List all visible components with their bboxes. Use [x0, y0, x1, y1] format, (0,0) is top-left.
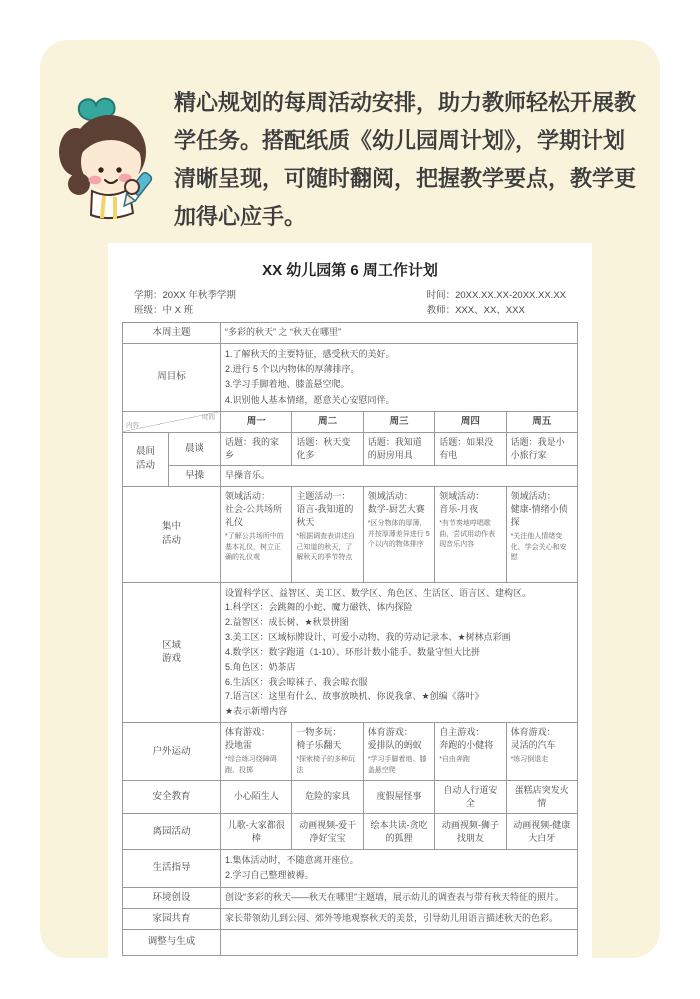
day-header-wed: 周三 [363, 411, 434, 432]
outdoor-cell-tue: 一物多玩： 椅子乐翻天 *探索椅子的多种玩法 [292, 723, 363, 781]
day-header-thu: 周四 [435, 411, 506, 432]
focus-cell-thu: 领域活动： 音乐-月夜 *有节奏地哼唱歌曲，尝试用动作表现音乐内容 [435, 486, 506, 582]
leave-cell: 动画视频-健康大白牙 [506, 814, 577, 850]
outdoor-cell-fri: 体育游戏： 灵活的汽车 *练习倒退走 [506, 723, 577, 781]
leave-cell: 绘本共读-贪吃的狐狸 [363, 814, 434, 850]
row-label-outdoor: 户外运动 [123, 723, 221, 781]
home-cell: 家长带领幼儿到公园、郊外等地观察秋天的美景，引导幼儿用语言描述秋天的色彩。 [221, 908, 578, 929]
plan-page: XX 幼儿园第 6 周工作计划 学期：20XX 年秋季学期 班级：中 X 班 时… [108, 243, 592, 972]
meta-left: 学期：20XX 年秋季学期 班级：中 X 班 [134, 288, 236, 318]
meta-teacher: 教师：XXX、XX、XXX [427, 303, 566, 318]
row-label-adjust: 调整与生成 [123, 929, 221, 955]
activity-title: 自主游戏： 奔跑的小健将 [439, 726, 501, 752]
regional-cell: 设置科学区、益智区、美工区、数学区、角色区、生活区、语言区、建构区。 1.科学区… [221, 582, 578, 723]
outdoor-cell-wed: 体育游戏： 爱排队的蚂蚁 *学习手脚着地、膝盖悬空爬 [363, 723, 434, 781]
plan-meta: 学期：20XX 年秋季学期 班级：中 X 班 时间：20XX.XX.XX-20X… [122, 288, 578, 318]
activity-note: *综合练习绕障碍跑、投掷 [225, 755, 287, 777]
safety-cell: 蛋糕店突发火情 [506, 780, 577, 813]
row-label-focus: 集中 活动 [123, 486, 221, 582]
meta-semester: 学期：20XX 年秋季学期 [134, 288, 236, 303]
focus-cell-mon: 领域活动： 社会-公共场所礼仪 *了解公共场所中的基本礼仪，树立正确的礼仪观 [221, 486, 292, 582]
life-cell: 1.集体活动时，不随意离开座位。 2.学习自己整理被褥。 [221, 850, 578, 888]
focus-cell-tue: 主题活动一： 语言-我知道的秋天 *根据调查表讲述自己知道的秋天，了解秋天的季节… [292, 486, 363, 582]
meta-time: 时间：20XX.XX.XX-20XX.XX.XX [427, 288, 566, 303]
safety-cell: 小心陌生人 [221, 780, 292, 813]
morning-talk-cell: 话题：我的家乡 [221, 432, 292, 465]
meta-class: 班级：中 X 班 [134, 303, 236, 318]
activity-note: *区分物体的厚薄，并按厚薄差异进行 5 个以内的物体排序 [368, 519, 430, 552]
goals-cell: 1.了解秋天的主要特征，感受秋天的美好。 2.进行 5 个以内物体的厚薄排序。 … [221, 343, 578, 411]
corner-time-label: 时间 [202, 413, 215, 422]
activity-title: 体育游戏： 灵活的汽车 [511, 726, 573, 752]
safety-cell: 危险的家具 [292, 780, 363, 813]
regional-line: 1.科学区：会跳舞的小蛇、魔力磁铁、体内探险 [225, 600, 573, 615]
morning-talk-cell: 话题：秋天变化多 [292, 432, 363, 465]
leave-cell: 动画视频-爱干净好宝宝 [292, 814, 363, 850]
activity-note: *了解公共场所中的基本礼仪，树立正确的礼仪观 [225, 532, 287, 565]
weekly-plan-table: 本周主题 “多彩的秋天” 之 “秋天在哪里” 周目标 1.了解秋天的主要特征，感… [122, 322, 578, 956]
goal-item: 1.了解秋天的主要特征，感受秋天的美好。 [225, 347, 573, 362]
activity-title: 一物多玩： 椅子乐翻天 [296, 726, 358, 752]
life-item: 2.学习自己整理被褥。 [225, 868, 573, 883]
row-label-env: 环境创设 [123, 887, 221, 908]
life-item: 1.集体活动时，不随意离开座位。 [225, 853, 573, 868]
regional-line: 3.美工区：区域标牌设计、可爱小动物、我的劳动记录本、★树林点彩画 [225, 630, 573, 645]
row-label-theme: 本周主题 [123, 323, 221, 344]
adjust-cell [221, 929, 578, 955]
row-label-morning-talk: 晨谈 [169, 432, 221, 465]
activity-note: *学习手脚着地、膝盖悬空爬 [368, 755, 430, 777]
plan-title: XX 幼儿园第 6 周工作计划 [122, 259, 578, 280]
goal-item: 3.学习手脚着地、膝盖悬空爬。 [225, 377, 573, 392]
activity-title: 领域活动： 数学-厨艺大赛 [368, 490, 430, 516]
morning-exercise-cell: 早操音乐。 [221, 465, 578, 486]
theme-value: “多彩的秋天” 之 “秋天在哪里” [221, 323, 578, 344]
regional-line: 5.角色区：奶茶店 [225, 660, 573, 675]
day-header-tue: 周二 [292, 411, 363, 432]
activity-title: 主题活动一： 语言-我知道的秋天 [296, 490, 358, 529]
outdoor-cell-thu: 自主游戏： 奔跑的小健将 *自由奔跑 [435, 723, 506, 781]
regional-line: 4.数学区：数字跑道（1-10）、环形计数小能手、数量守恒大比拼 [225, 645, 573, 660]
day-header-fri: 周五 [506, 411, 577, 432]
activity-note: *关注他人情绪变化，学会关心和安慰 [511, 532, 573, 565]
row-label-home: 家园共育 [123, 908, 221, 929]
regional-line: 7.语言区：这里有什么、故事放映机、你说我拿、★创编《落叶》 [225, 689, 573, 704]
activity-note: *有节奏地哼唱歌曲，尝试用动作表现音乐内容 [439, 519, 501, 552]
corner-content-label: 内容 [126, 421, 139, 430]
regional-line: 2.益智区：成长树、★秋景拼图 [225, 615, 573, 630]
morning-talk-cell: 话题：如果没有电 [435, 432, 506, 465]
activity-note: *自由奔跑 [439, 755, 501, 766]
row-label-safety: 安全教育 [123, 780, 221, 813]
day-header-mon: 周一 [221, 411, 292, 432]
activity-note: *根据调查表讲述自己知道的秋天，了解秋天的季节特点 [296, 532, 358, 565]
safety-cell: 度假屋怪事 [363, 780, 434, 813]
row-label-leave: 离园活动 [123, 814, 221, 850]
row-label-life: 生活指导 [123, 850, 221, 888]
activity-title: 体育游戏： 爱排队的蚂蚁 [368, 726, 430, 752]
regional-line: ★表示新增内容 [225, 704, 573, 719]
row-label-regional: 区域 游戏 [123, 582, 221, 723]
leave-cell: 动画视频-狮子找朋友 [435, 814, 506, 850]
leave-cell: 儿歌-大家都很棒 [221, 814, 292, 850]
activity-title: 领域活动： 音乐-月夜 [439, 490, 501, 516]
promo-card: 精心规划的每周活动安排，助力教师轻松开展教学任务。搭配纸质《幼儿园周计划》，学期… [40, 40, 660, 958]
row-label-goals: 周目标 [123, 343, 221, 411]
regional-line: 6.生活区：我会晾袜子、我会晾衣服 [225, 675, 573, 690]
activity-note: *练习倒退走 [511, 755, 573, 766]
intro-text: 精心规划的每周活动安排，助力教师轻松开展教学任务。搭配纸质《幼儿园周计划》，学期… [174, 84, 644, 236]
focus-cell-wed: 领域活动： 数学-厨艺大赛 *区分物体的厚薄，并按厚薄差异进行 5 个以内的物体… [363, 486, 434, 582]
girl-avatar-icon [52, 90, 157, 225]
activity-title: 领域活动： 健康-情绪小侦探 [511, 490, 573, 529]
safety-cell: 自动人行道安全 [435, 780, 506, 813]
activity-title: 体育游戏： 投地雷 [225, 726, 287, 752]
row-label-morning: 晨间 活动 [123, 432, 169, 486]
env-cell: 创设“多彩的秋天——秋天在哪里”主题墙，展示幼儿的调查表与带有秋天特征的照片。 [221, 887, 578, 908]
regional-line: 设置科学区、益智区、美工区、数学区、角色区、生活区、语言区、建构区。 [225, 586, 573, 601]
outdoor-cell-mon: 体育游戏： 投地雷 *综合练习绕障碍跑、投掷 [221, 723, 292, 781]
corner-cell: 内容 时间 [123, 411, 221, 432]
activity-title: 领域活动： 社会-公共场所礼仪 [225, 490, 287, 529]
morning-talk-cell: 话题：我是小小旅行家 [506, 432, 577, 465]
row-label-morning-exercise: 早操 [169, 465, 221, 486]
goal-item: 4.识别他人基本情绪，愿意关心安慰同伴。 [225, 393, 573, 408]
goal-item: 2.进行 5 个以内物体的厚薄排序。 [225, 362, 573, 377]
meta-right: 时间：20XX.XX.XX-20XX.XX.XX 教师：XXX、XX、XXX [427, 288, 566, 318]
focus-cell-fri: 领域活动： 健康-情绪小侦探 *关注他人情绪变化，学会关心和安慰 [506, 486, 577, 582]
morning-talk-cell: 话题：我知道的厨房用具 [363, 432, 434, 465]
activity-note: *探索椅子的多种玩法 [296, 755, 358, 777]
